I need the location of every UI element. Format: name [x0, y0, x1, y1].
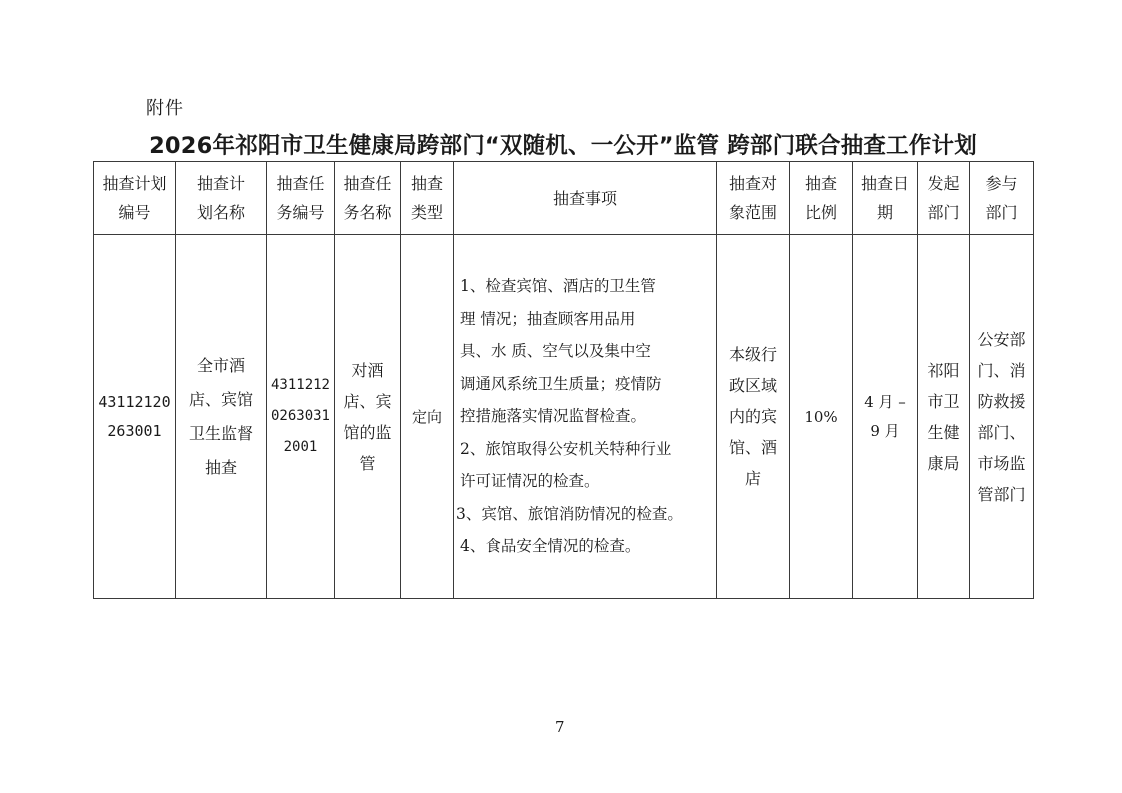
cell-task-no: 4311212 0263031 2001 — [267, 235, 335, 599]
item-line: 4、食品安全情况的检查。 — [460, 530, 710, 563]
cell-scope: 本级行 政区域 内的宾 馆、酒 店 — [717, 235, 790, 599]
header-date: 抽查日期 — [853, 162, 918, 235]
item-line: 3、宾馆、旅馆消防情况的检查。 — [456, 498, 710, 531]
item-line: 2、旅馆取得公安机关特种行业 — [460, 433, 710, 466]
header-task-no: 抽查任务编号 — [267, 162, 335, 235]
header-initiator: 发起部门 — [918, 162, 970, 235]
header-participants: 参与部门 — [970, 162, 1034, 235]
attachment-label: 附件 — [146, 94, 184, 120]
header-plan-no: 抽查计划编号 — [94, 162, 176, 235]
item-line: 控措施落实情况监督检查。 — [460, 400, 710, 433]
table-row: 43112120 263001 全市酒 店、宾馆 卫生监督 抽查 4311212… — [94, 235, 1034, 599]
item-line: 许可证情况的检查。 — [460, 465, 710, 498]
cell-plan-name: 全市酒 店、宾馆 卫生监督 抽查 — [176, 235, 267, 599]
item-line: 1、检查宾馆、酒店的卫生管 — [460, 270, 710, 303]
cell-date: 4 月 – 9 月 — [853, 235, 918, 599]
item-line: 理 情况；抽查顾客用品用 — [460, 303, 710, 336]
inspection-plan-table: 抽查计划编号 抽查计划名称 抽查任务编号 抽查任务名称 抽查类型 抽查事项 抽查… — [93, 161, 1034, 599]
cell-ratio: 10% — [790, 235, 853, 599]
item-line: 具、水 质、空气以及集中空 — [460, 335, 710, 368]
header-task-name: 抽查任务名称 — [335, 162, 401, 235]
page-number: 7 — [555, 718, 565, 736]
header-type: 抽查类型 — [401, 162, 454, 235]
header-scope: 抽查对象范围 — [717, 162, 790, 235]
cell-type: 定向 — [401, 235, 454, 599]
header-ratio: 抽查比例 — [790, 162, 853, 235]
cell-plan-no: 43112120 263001 — [94, 235, 176, 599]
cell-participants: 公安部 门、消 防救援 部门、 市场监 管部门 — [970, 235, 1034, 599]
cell-items: 1、检查宾馆、酒店的卫生管 理 情况；抽查顾客用品用 具、水 质、空气以及集中空… — [454, 235, 717, 599]
item-line: 调通风系统卫生质量；疫情防 — [460, 368, 710, 401]
document-title: 2026年祁阳市卫生健康局跨部门“双随机、一公开”监管 跨部门联合抽查工作计划 — [93, 128, 1033, 160]
cell-initiator: 祁阳 市卫 生健 康局 — [918, 235, 970, 599]
header-items: 抽查事项 — [454, 162, 717, 235]
table-header-row: 抽查计划编号 抽查计划名称 抽查任务编号 抽查任务名称 抽查类型 抽查事项 抽查… — [94, 162, 1034, 235]
header-plan-name: 抽查计划名称 — [176, 162, 267, 235]
cell-task-name: 对酒 店、宾 馆的监 管 — [335, 235, 401, 599]
